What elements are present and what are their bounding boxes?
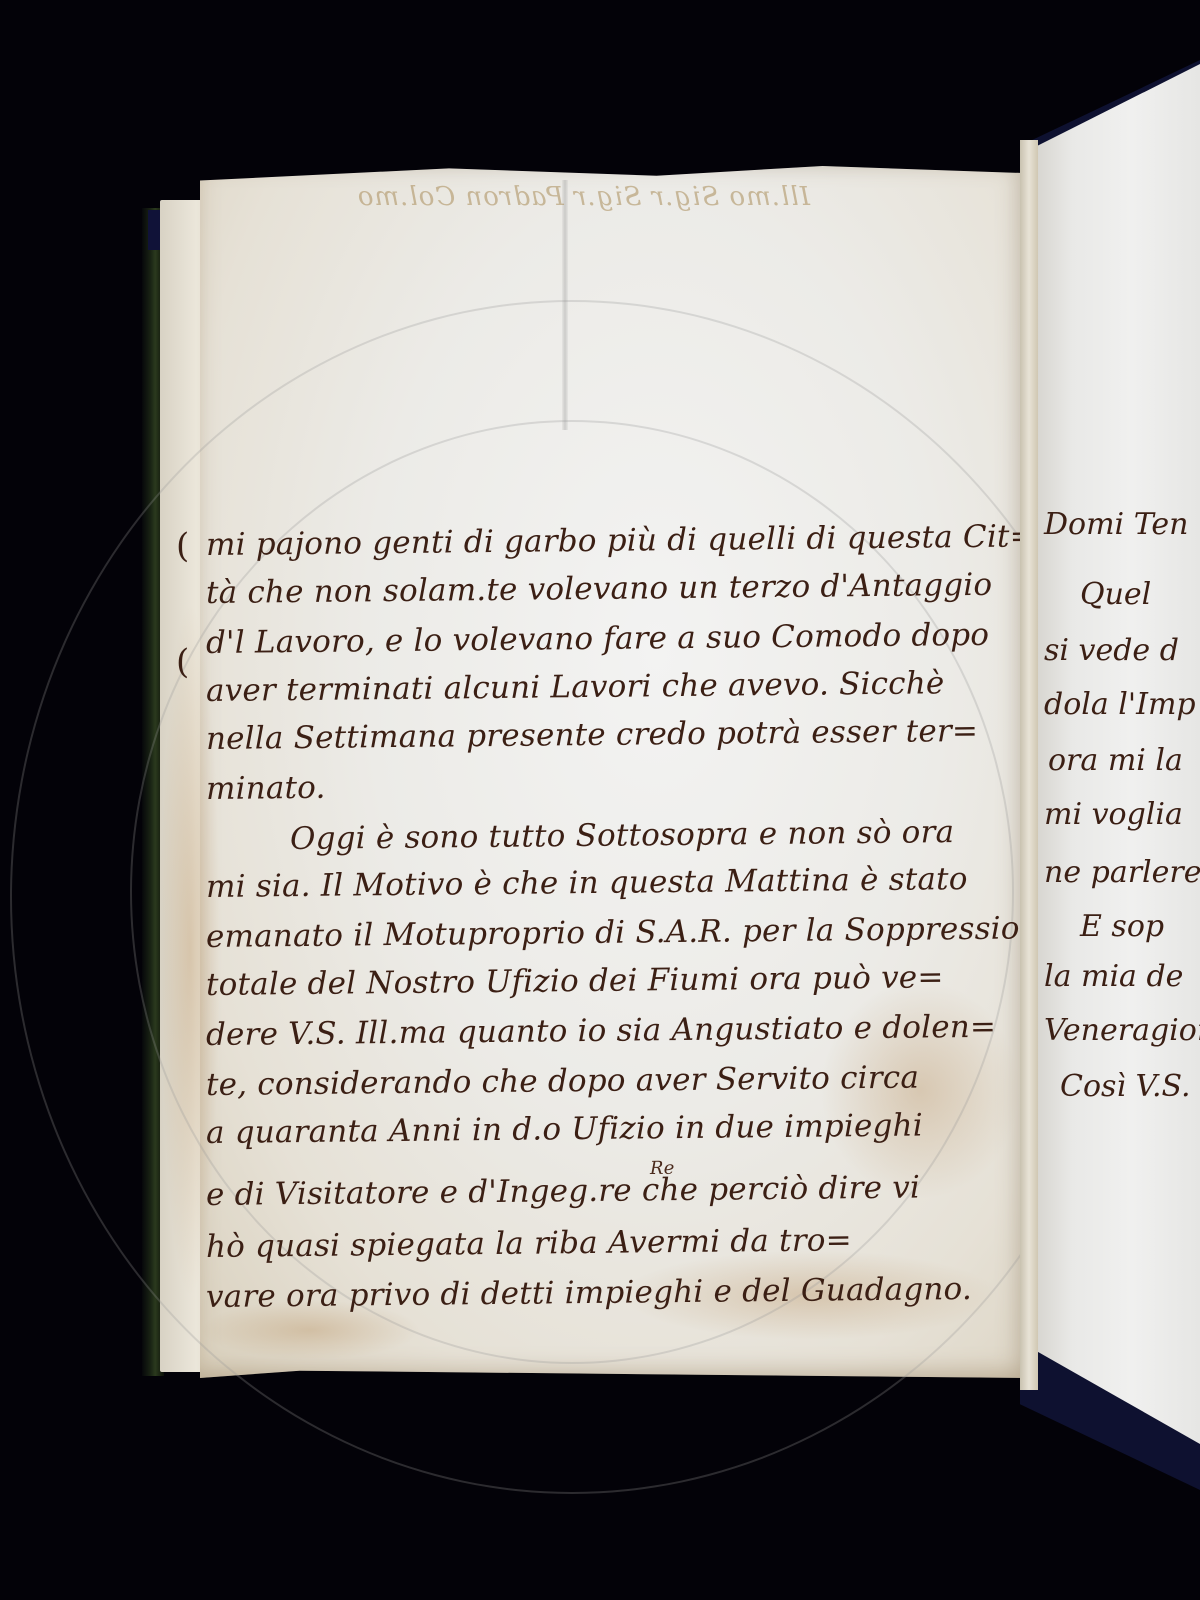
manuscript-line: nella Settimana presente credo potrà ess… [206, 715, 1026, 755]
manuscript-line: tà che non solam.te volevano un terzo d'… [206, 569, 1026, 609]
manuscript-line-right: E sop [1080, 912, 1164, 942]
manuscript-line: vare ora privo di detti impieghi e del G… [206, 1273, 1026, 1313]
right-page-text-area: Domi Ten Quel si vede d dola l'Imp ora m… [1030, 0, 1200, 1600]
manuscript-line-right: ora mi la [1048, 746, 1183, 776]
paper-fold-crease [562, 180, 568, 430]
margin-bracket: ( [176, 526, 189, 566]
manuscript-line: dere V.S. Ill.ma quanto io sia Angustiat… [206, 1011, 1026, 1051]
manuscript-line: aver terminati alcuni Lavori che avevo. … [206, 667, 1026, 707]
manuscript-line-right: mi voglia [1044, 800, 1183, 830]
manuscript-line: totale del Nostro Ufizio dei Fiumi ora p… [206, 961, 1026, 1001]
manuscript-line-right: si vede d [1044, 636, 1179, 666]
manuscript-line-right: la mia de [1044, 962, 1183, 992]
bleed-through-address: Ill.mo Sig.r Sig.r Padron Col.mo [410, 182, 810, 212]
manuscript-line-right: ne parlere [1044, 858, 1200, 888]
book-binding-corner [148, 210, 160, 250]
manuscript-line: d'l Lavoro, e lo volevano fare a suo Com… [206, 619, 1026, 659]
manuscript-line: a quaranta Anni in d.o Ufizio in due imp… [206, 1109, 1026, 1149]
manuscript-line: mi sia. Il Motivo è che in questa Mattin… [206, 863, 1026, 903]
manuscript-line-right: Veneragion [1044, 1016, 1200, 1046]
margin-bracket: ( [176, 642, 189, 682]
manuscript-line: mi pajono genti di garbo più di quelli d… [206, 521, 1026, 561]
manuscript-photo: Ill.mo Sig.r Sig.r Padron Col.mo ( ( mi … [0, 0, 1200, 1600]
manuscript-line: emanato il Motuproprio di S.A.R. per la … [206, 913, 1026, 953]
manuscript-line-right: Così V.S. [1060, 1072, 1191, 1102]
manuscript-line-right: Domi Ten [1044, 510, 1188, 540]
manuscript-line-right: Quel [1080, 580, 1151, 610]
manuscript-line: e di Visitatore e d'Ingeg.re che perciò … [206, 1171, 1026, 1211]
manuscript-line: te, considerando che dopo aver Servito c… [206, 1061, 1026, 1101]
manuscript-line-right: dola l'Imp [1044, 690, 1196, 720]
